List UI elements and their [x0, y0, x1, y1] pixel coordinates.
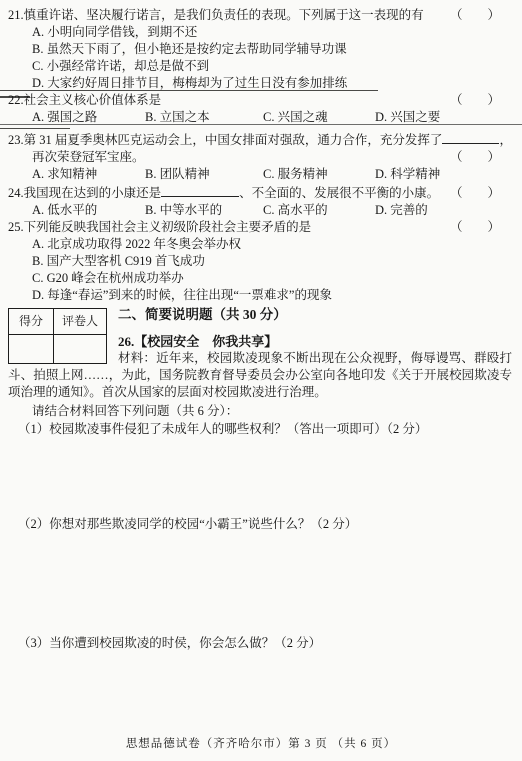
option-d: D. 完善的: [375, 202, 512, 219]
question-22-head: 22.社会主义核心价值体系是 （ ）: [8, 92, 512, 109]
option-d: D. 兴国之要: [375, 109, 512, 126]
score-label-cell: 得分: [9, 309, 54, 335]
option-c: C. 小强经常许诺，却总是做不到: [32, 58, 512, 75]
sub-question-3: （3）当你遭到校园欺凌的时侯，你会怎么做？（2 分）: [8, 635, 512, 652]
option-d: D. 大家约好周日排节目，梅梅却为了过生日没有参加排练: [32, 75, 512, 92]
option-a: A. 求知精神: [32, 166, 145, 183]
option-b: B. 中等水平的: [145, 202, 263, 219]
exam-page: 21.慎重许诺、坚决履行诺言，是我们负责任的表现。下列属于这一表现的有 （ ） …: [0, 0, 522, 761]
sub-question-1: （1）校园欺凌事件侵犯了未成年人的哪些权利？（答出一项即可）（2 分）: [8, 421, 512, 438]
score-box: 得分 评卷人: [8, 308, 107, 364]
answer-bracket: （ ）: [450, 92, 500, 109]
question-21: 21.慎重许诺、坚决履行诺言，是我们负责任的表现。下列属于这一表现的有 （ ） …: [8, 7, 512, 92]
grader-value-cell: [54, 335, 107, 364]
option-d: D. 每逢“春运”到来的时候，往往出现“一票难求”的现象: [32, 287, 512, 304]
option-c: C. 兴国之魂: [263, 109, 375, 126]
question-26-title: 26.【校园安全 你我共享】: [118, 333, 512, 350]
section-heading: 二、简要说明题（共 30 分）: [118, 306, 512, 323]
answer-bracket: （ ）: [450, 185, 500, 202]
question-25-head: 25.下列能反映我国社会主义初级阶段社会主要矛盾的是 （ ）: [8, 219, 512, 236]
question-number: 22.: [8, 93, 24, 107]
question-22: 22.社会主义核心价值体系是 （ ） A. 强国之路 B. 立国之本 C. 兴国…: [8, 92, 512, 126]
option-a: A. 低水平的: [32, 202, 145, 219]
option-c: C. 服务精神: [263, 166, 375, 183]
question-stem-text: 我国现在达到的小康还是: [24, 185, 162, 202]
option-b: B. 虽然天下雨了，但小艳还是按约定去帮助同学辅导功课: [32, 41, 512, 58]
question-stem-comma: ，: [499, 132, 512, 149]
option-c: C. 高水平的: [263, 202, 375, 219]
grader-label-cell: 评卷人: [54, 309, 107, 335]
question-number: 23.: [8, 132, 24, 149]
answer-bracket: （ ）: [450, 219, 500, 236]
fill-in-blank: [161, 183, 239, 197]
question-stem-text-2: 再次荣登冠军宝座。: [32, 149, 145, 166]
question-25: 25.下列能反映我国社会主义初级阶段社会主要矛盾的是 （ ） A. 北京成功取得…: [8, 219, 512, 304]
question-21-options: A. 小明向同学借钱，到期不还 B. 虽然天下雨了，但小艳还是按约定去帮助同学辅…: [8, 24, 512, 92]
option-b: B. 国产大型客机 C919 首飞成功: [32, 253, 512, 270]
fill-in-blank: [442, 130, 499, 144]
question-stem-text: 慎重许诺、坚决履行诺言，是我们负责任的表现。下列属于这一表现的有: [24, 8, 424, 22]
question-24: 24.我国现在达到的小康还是、不全面的、发展很不平衡的小康。（ ） A. 低水平…: [8, 183, 512, 219]
sub-question-2: （2）你想对那些欺凌同学的校园“小霸王”说些什么？（2 分）: [8, 516, 512, 533]
option-a: A. 北京成功取得 2022 年冬奥会举办权: [32, 236, 512, 253]
question-24-options: A. 低水平的 B. 中等水平的 C. 高水平的 D. 完善的: [32, 202, 512, 219]
page-footer: 思想品德试卷（齐齐哈尔市）第 3 页 （共 6 页）: [0, 736, 522, 753]
page-content: 21.慎重许诺、坚决履行诺言，是我们负责任的表现。下列属于这一表现的有 （ ） …: [0, 0, 522, 652]
option-a: A. 强国之路: [32, 109, 145, 126]
answer-bracket: （ ）: [450, 149, 500, 166]
question-25-options: A. 北京成功取得 2022 年冬奥会举办权 B. 国产大型客机 C919 首飞…: [8, 236, 512, 304]
option-b: B. 团队精神: [145, 166, 263, 183]
question-number: 21.: [8, 8, 24, 22]
option-d: D. 科学精神: [375, 166, 512, 183]
question-21-head: 21.慎重许诺、坚决履行诺言，是我们负责任的表现。下列属于这一表现的有 （ ）: [8, 7, 512, 24]
score-value-cell: [9, 335, 54, 364]
option-c: C. G20 峰会在杭州成功举办: [32, 270, 512, 287]
question-stem-text: 第 31 届夏季奥林匹克运动会上，中国女排面对强敌，通力合作，充分发挥了: [24, 132, 443, 149]
question-21-stem: 21.慎重许诺、坚决履行诺言，是我们负责任的表现。下列属于这一表现的有: [8, 7, 424, 24]
question-stem-text: 社会主义核心价值体系是: [24, 93, 162, 107]
question-number: 25.: [8, 220, 24, 234]
question-number: 24.: [8, 185, 24, 202]
question-23-options: A. 求知精神 B. 团队精神 C. 服务精神 D. 科学精神: [32, 166, 512, 183]
question-22-stem: 22.社会主义核心价值体系是: [8, 92, 161, 109]
section-2: 得分 评卷人 二、简要说明题（共 30 分） 26.【校园安全 你我共享】 材料…: [8, 306, 512, 652]
question-stem-text-2: 、不全面的、发展很不平衡的小康。: [239, 185, 439, 202]
question-stem-text: 下列能反映我国社会主义初级阶段社会主要矛盾的是: [24, 220, 312, 234]
question-26-instruction: 请结合材料回答下列问题（共 6 分）：: [8, 403, 512, 420]
question-25-stem: 25.下列能反映我国社会主义初级阶段社会主要矛盾的是: [8, 219, 311, 236]
question-23-line2: 再次荣登冠军宝座。 （ ）: [8, 149, 512, 166]
question-23-head: 23.第 31 届夏季奥林匹克运动会上，中国女排面对强敌，通力合作，充分发挥了，: [8, 126, 512, 149]
question-24-head: 24.我国现在达到的小康还是、不全面的、发展很不平衡的小康。（ ）: [8, 183, 512, 202]
option-a: A. 小明向同学借钱，到期不还: [32, 24, 512, 41]
answer-bracket: （ ）: [450, 7, 500, 24]
option-b: B. 立国之本: [145, 109, 263, 126]
question-23: 23.第 31 届夏季奥林匹克运动会上，中国女排面对强敌，通力合作，充分发挥了，…: [8, 126, 512, 183]
question-22-options: A. 强国之路 B. 立国之本 C. 兴国之魂 D. 兴国之要: [32, 109, 512, 126]
